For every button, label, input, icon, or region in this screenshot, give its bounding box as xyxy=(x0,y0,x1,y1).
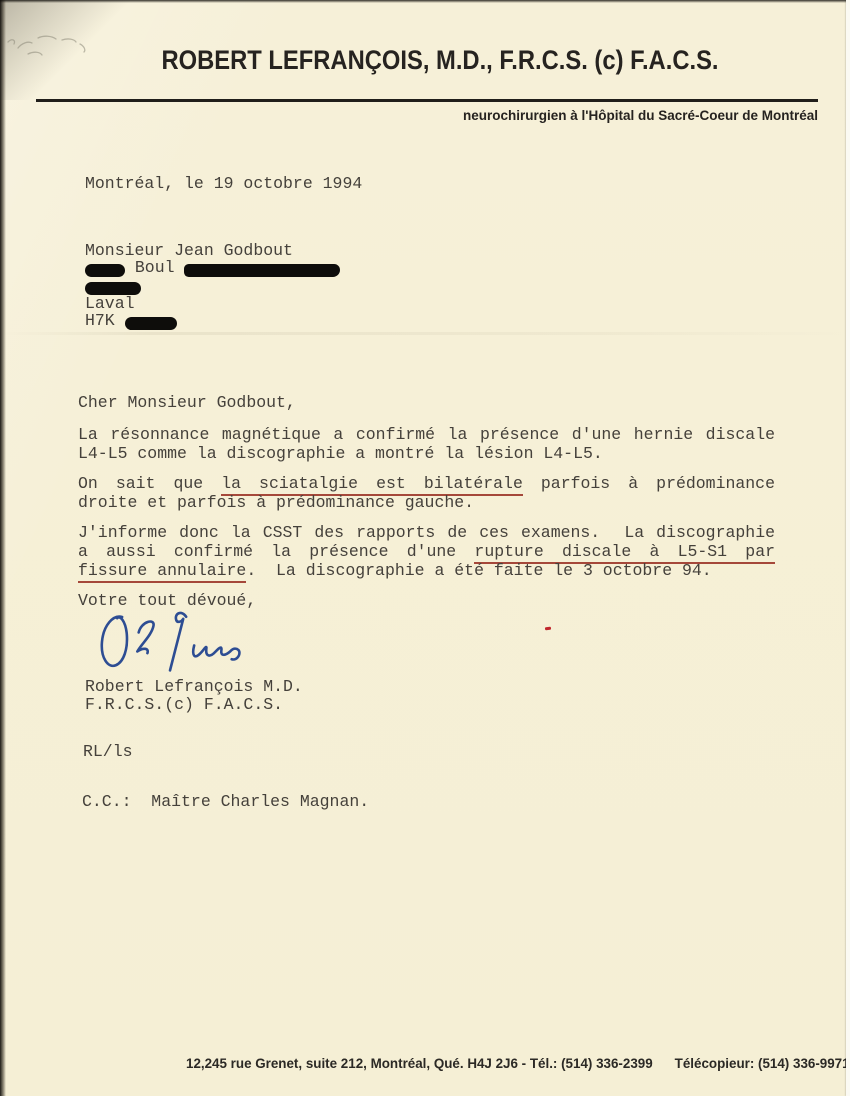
letter-paragraphs: La résonnance magnétique a confirmé la p… xyxy=(78,425,775,580)
paragraph-line: La résonnance magnétique a confirmé la p… xyxy=(78,425,775,444)
red-ink-dot xyxy=(545,627,551,631)
recipient-block: Monsieur Jean Godbout Boul Laval H7K xyxy=(85,242,340,330)
letterhead-subtitle: neurochirurgien à l'Hôpital du Sacré-Coe… xyxy=(463,108,818,123)
signer-credentials: F.R.C.S.(c) F.A.C.S. xyxy=(85,696,303,714)
redaction-bar xyxy=(125,317,177,330)
handwritten-signature xyxy=(89,603,271,679)
scan-edge-right xyxy=(846,0,850,1096)
scan-edge-top xyxy=(0,0,850,3)
paragraph-line: L4-L5 comme la discographie a montré la … xyxy=(78,444,775,463)
signer-block: Robert Lefrançois M.D. F.R.C.S.(c) F.A.C… xyxy=(85,678,303,713)
footer-address-tel: 12,245 rue Grenet, suite 212, Montréal, … xyxy=(186,1056,653,1071)
footer-fax: Télécopieur: (514) 336-9971 xyxy=(675,1056,850,1071)
underlined-phrase: fissure annulaire xyxy=(78,561,246,583)
text-segment: On sait que xyxy=(78,474,221,493)
paragraph-line: fissure annulaire. La discographie a été… xyxy=(78,561,775,580)
text-segment: J'informe donc la CSST des rapports de c… xyxy=(78,523,775,542)
letterhead-rule xyxy=(36,99,818,102)
body-paragraph: La résonnance magnétique a confirmé la p… xyxy=(78,425,775,463)
cc-line: C.C.: Maître Charles Magnan. xyxy=(82,792,369,811)
recipient-postal-line: H7K xyxy=(85,312,340,330)
redaction-bar xyxy=(184,264,340,277)
scanned-letter-page: ROBERT LEFRANÇOIS, M.D., F.R.C.S. (c) F.… xyxy=(0,0,850,1096)
paragraph-line: J'informe donc la CSST des rapports de c… xyxy=(78,523,775,542)
letter-body: Cher Monsieur Godbout, La résonnance mag… xyxy=(78,393,775,610)
street-label: Boul xyxy=(135,258,175,277)
redaction-bar xyxy=(85,264,125,277)
recipient-name: Monsieur Jean Godbout xyxy=(85,242,340,259)
dateline: Montréal, le 19 octobre 1994 xyxy=(85,174,362,193)
text-segment: La résonnance magnétique a confirmé la p… xyxy=(78,425,775,444)
text-segment: . La discographie a été faite le 3 octob… xyxy=(246,561,711,580)
paragraph-line: On sait que la sciatalgie est bilatérale… xyxy=(78,474,775,493)
recipient-street-line: Boul xyxy=(85,259,340,277)
body-paragraph: On sait que la sciatalgie est bilatérale… xyxy=(78,474,775,512)
text-segment: droite et parfois à prédominance gauche. xyxy=(78,493,474,512)
text-segment: L4-L5 comme la discographie a montré la … xyxy=(78,444,603,463)
paragraph-line: a aussi confirmé la présence d'une ruptu… xyxy=(78,542,775,561)
footer: 12,245 rue Grenet, suite 212, Montréal, … xyxy=(186,1056,850,1071)
text-segment: a aussi confirmé la présence d'une xyxy=(78,542,474,561)
signer-name: Robert Lefrançois M.D. xyxy=(85,678,303,696)
typist-initials: RL/ls xyxy=(83,742,133,761)
salutation: Cher Monsieur Godbout, xyxy=(78,393,775,412)
recipient-city: Laval xyxy=(85,295,340,312)
body-paragraph: J'informe donc la CSST des rapports de c… xyxy=(78,523,775,580)
scan-edge-left xyxy=(0,0,6,1096)
postal-prefix: H7K xyxy=(85,311,115,330)
paper-fold-crease xyxy=(0,332,850,335)
paragraph-line: droite et parfois à prédominance gauche. xyxy=(78,493,775,512)
letterhead-title: ROBERT LEFRANÇOIS, M.D., F.R.C.S. (c) F.… xyxy=(88,45,792,76)
text-segment: parfois à prédominance xyxy=(523,474,775,493)
recipient-redacted-line xyxy=(85,277,340,295)
